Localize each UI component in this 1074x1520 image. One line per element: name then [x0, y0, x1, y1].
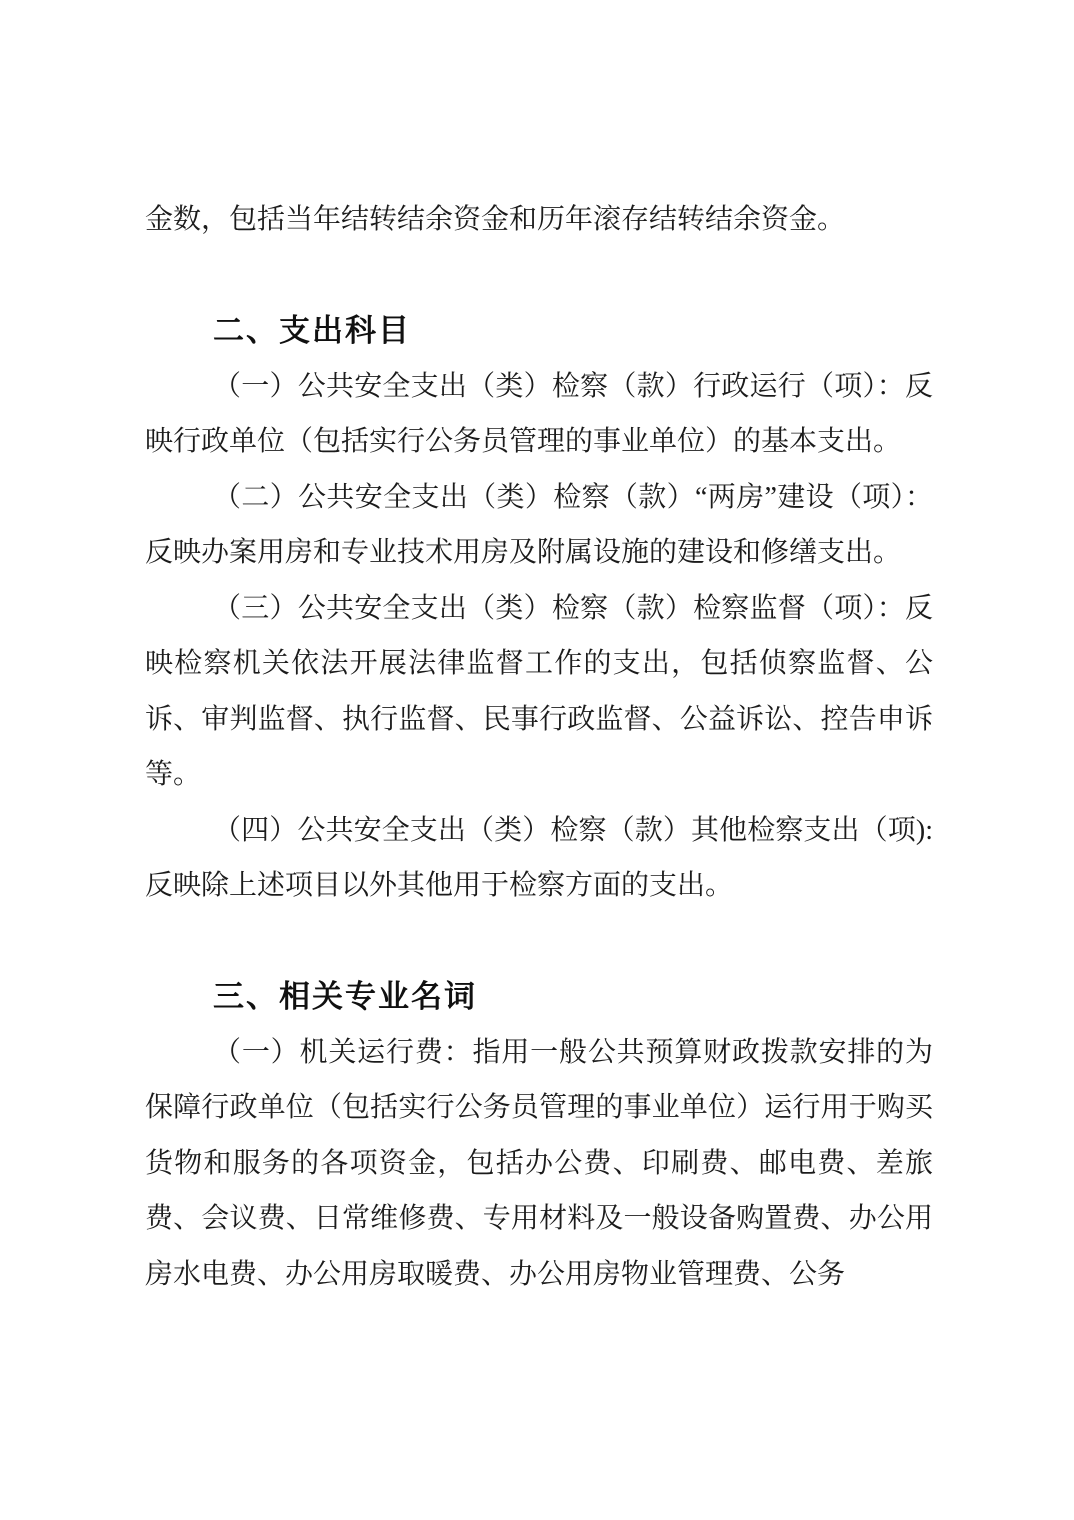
- paragraph-expenditure-item-3: （三）公共安全支出（类）检察（款）检察监督（项）：反映检察机关依法开展法律监督工…: [145, 581, 933, 803]
- heading-professional-terms: 三、相关专业名词: [145, 969, 933, 1025]
- paragraph-terms-item-1: （一）机关运行费：指用一般公共预算财政拨款安排的为保障行政单位（包括实行公务员管…: [145, 1025, 933, 1303]
- paragraph-expenditure-item-1: （一）公共安全支出（类）检察（款）行政运行（项）：反映行政单位（包括实行公务员管…: [145, 359, 933, 470]
- page-content: 金数，包括当年结转结余资金和历年滚存结转结余资金。 二、支出科目 （一）公共安全…: [145, 192, 933, 1302]
- paragraph-continuation: 金数，包括当年结转结余资金和历年滚存结转结余资金。: [145, 192, 933, 248]
- paragraph-expenditure-item-4: （四）公共安全支出（类）检察（款）其他检察支出（项):反映除上述项目以外其他用于…: [145, 803, 933, 914]
- document-page: 金数，包括当年结转结余资金和历年滚存结转结余资金。 二、支出科目 （一）公共安全…: [0, 0, 1074, 1520]
- paragraph-expenditure-item-2: （二）公共安全支出（类）检察（款）“两房”建设（项）：反映办案用房和专业技术用房…: [145, 470, 933, 581]
- heading-expenditure-subjects: 二、支出科目: [145, 303, 933, 359]
